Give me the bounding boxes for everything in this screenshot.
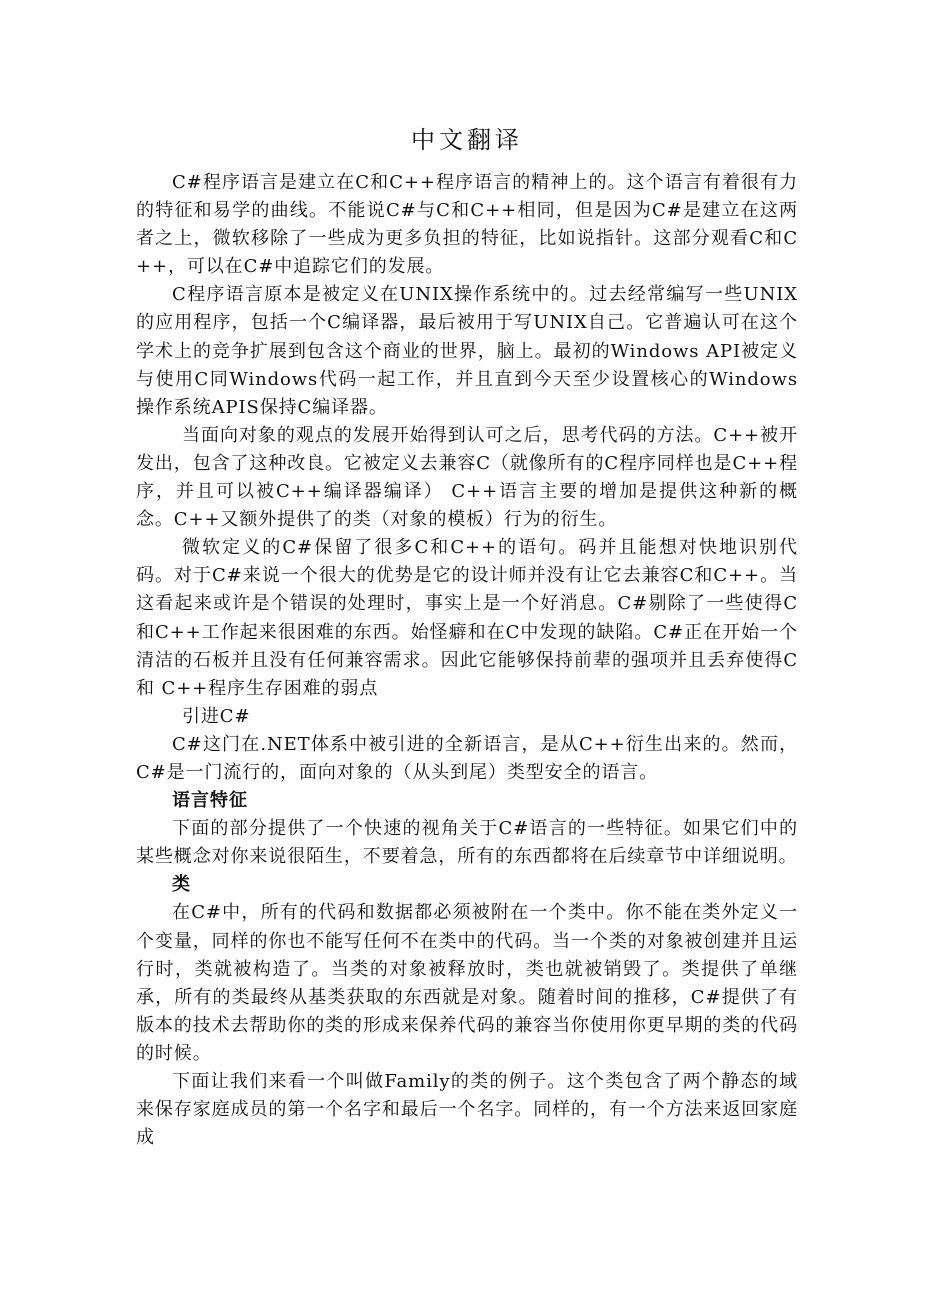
paragraph-class: 在C#中，所有的代码和数据都必须被附在一个类中。你不能在类外定义一个变量，同样的… xyxy=(136,899,798,1068)
paragraph-family-example: 下面让我们来看一个叫做Family的类的例子。这个类包含了两个静态的域来保存家庭… xyxy=(136,1068,798,1152)
paragraph-intro-csharp: C#这门在.NET体系中被引进的全新语言，是从C++衍生出来的。然而，C#是一门… xyxy=(136,731,798,787)
heading-language-features: 语言特征 xyxy=(136,787,798,815)
paragraph-csharp-origin: C#程序语言是建立在C和C++程序语言的精神上的。这个语言有着很有力的特征和易学… xyxy=(136,169,798,281)
paragraph-cpp-oop: 当面向对象的观点的发展开始得到认可之后，思考代码的方法。C++被开发出，包含了这… xyxy=(136,422,798,534)
paragraph-language-features: 下面的部分提供了一个快速的视角关于C#语言的一些特征。如果它们中的某些概念对你来… xyxy=(136,815,798,871)
heading-class: 类 xyxy=(136,871,798,899)
paragraph-c-history: C程序语言原本是被定义在UNIX操作系统中的。过去经常编写一些UNIX的应用程序… xyxy=(136,281,798,421)
document-body: C#程序语言是建立在C和C++程序语言的精神上的。这个语言有着很有力的特征和易学… xyxy=(136,169,798,1152)
document-title: 中文翻译 xyxy=(136,122,798,158)
subheading-intro-csharp: 引进C# xyxy=(136,703,798,731)
paragraph-microsoft-csharp: 微软定义的C#保留了很多C和C++的语句。码并且能想对快地识别代码。对于C#来说… xyxy=(136,534,798,703)
